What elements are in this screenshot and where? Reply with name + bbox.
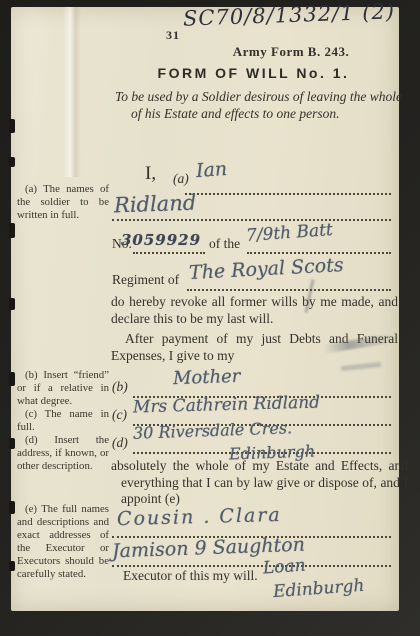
entry-beneficiary-name: Mrs Cathrein Ridland — [133, 393, 321, 418]
paper-edge-notch — [9, 561, 15, 571]
entry-beneficiary-relation: Mother — [173, 366, 241, 389]
paper-edge-notch — [9, 223, 15, 238]
estate-clause: absolutely the whole of my Estate and Ef… — [111, 458, 408, 508]
margin-note-c-text: (c) The name in full. — [17, 408, 109, 434]
paper-edge-notch — [9, 157, 15, 167]
field-label-a: (a) — [173, 171, 189, 187]
margin-note-e-text: (e) The full names and descriptions and … — [17, 503, 109, 581]
will-form-paper: SC70/8/1332/1 (2) 31 Army Form B. 243. F… — [11, 7, 399, 611]
executor-clause: Executor of this my will. — [123, 568, 258, 584]
margin-note-bcd: (b) Insert “friend” or if a relative in … — [17, 369, 109, 473]
form-subtitle: To be used by a Soldier desirous of leav… — [115, 88, 414, 122]
margin-note-b-text: (b) Insert “friend” or if a relative in … — [17, 369, 109, 408]
entry-battalion: 7/9th Batt — [245, 220, 333, 246]
revoke-clause: do hereby revoke all former wills by me … — [111, 294, 398, 327]
margin-note-e: (e) The full names and descriptions and … — [17, 503, 109, 581]
scanned-page-background: { "document": { "reference": "SC70/8/133… — [0, 0, 420, 636]
dotted-rule-regiment — [187, 289, 391, 291]
dotted-rule-executor-2 — [112, 565, 391, 567]
field-label-d: (d) — [112, 435, 128, 451]
paper-edge-notch — [9, 438, 15, 449]
payment-clause: After payment of my just Debts and Funer… — [111, 331, 398, 364]
margin-note-d-text: (d) Insert the address, if known, or oth… — [17, 434, 109, 473]
dotted-rule-surname — [112, 219, 391, 221]
margin-note-a-text: (a) The names of the soldier to be writt… — [17, 183, 109, 222]
pronoun-label: I, — [145, 163, 156, 185]
entry-beneficiary-address-line1: 30 Riversdale Cres. — [133, 418, 293, 443]
field-label-b: (b) — [112, 379, 128, 395]
dotted-rule-battalion — [247, 252, 391, 254]
margin-note-a: (a) The names of the soldier to be writt… — [17, 183, 109, 222]
paper-crease — [63, 7, 81, 177]
form-number: Army Form B. 243. — [191, 44, 391, 60]
regiment-label: Regiment of — [112, 272, 179, 288]
form-title: FORM OF WILL No. 1. — [111, 65, 396, 81]
field-label-c: (c) — [112, 407, 127, 423]
dotted-rule-first-name — [185, 193, 391, 195]
entry-regiment: The Royal Scots — [189, 254, 345, 284]
paper-edge-notch — [9, 372, 15, 386]
paper-edge-notch — [9, 298, 15, 310]
entry-executor-line3: Loan — [262, 556, 306, 579]
entry-executor-line1: Cousin . Clara — [117, 504, 282, 530]
entry-service-number: 3059929 — [121, 231, 201, 249]
of-the-label: of the — [209, 236, 240, 252]
entry-executor-line4: Edinburgh — [272, 576, 365, 602]
page-number: 31 — [166, 28, 180, 43]
archive-reference-handwritten: SC70/8/1332/1 (2) — [183, 0, 396, 31]
entry-first-name: Ian — [195, 158, 228, 182]
dotted-rule-service-number — [133, 252, 205, 254]
entry-surname: Ridland — [114, 191, 197, 218]
paper-edge-notch — [9, 119, 15, 133]
paper-edge-notch — [9, 501, 15, 514]
